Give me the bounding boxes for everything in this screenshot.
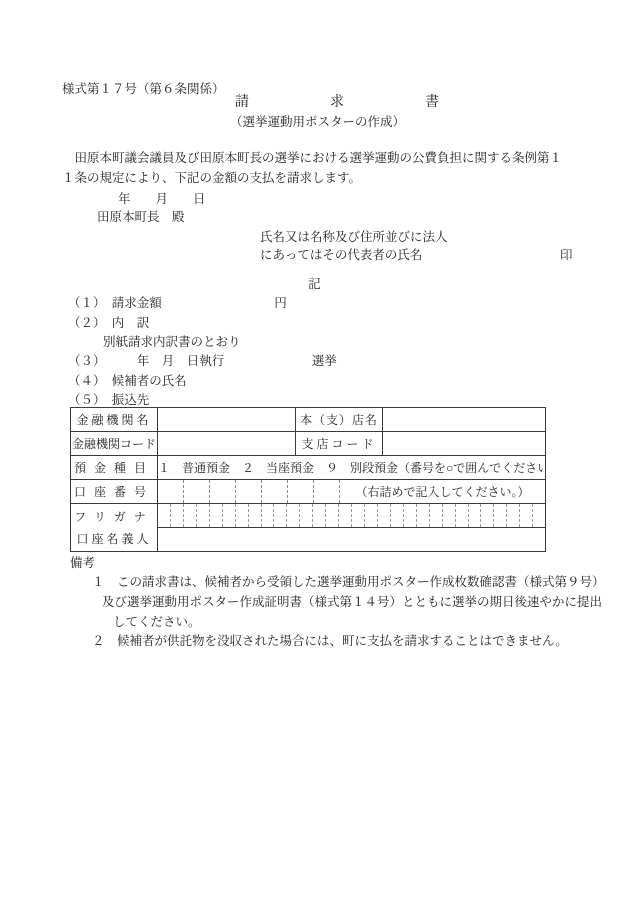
bank-transfer-table: 金融機関名 本（支）店名 金融機関コード 支店コード 預金種目 １ 普通預金 ２… <box>70 407 546 552</box>
furigana-cell <box>339 504 352 527</box>
furigana-cell <box>391 504 404 527</box>
account-digit-cell <box>288 480 314 503</box>
remarks-heading: 備考 <box>70 553 95 571</box>
furigana-cell <box>300 504 313 527</box>
furigana-cell <box>404 504 417 527</box>
furigana-cell <box>507 504 520 527</box>
furigana-cell <box>365 504 378 527</box>
item-breakdown-detail: 別紙請求内訳書のとおり <box>103 332 241 350</box>
account-number-label: 口座番号 <box>71 480 158 504</box>
account-holder-field <box>158 528 546 552</box>
furigana-cell <box>184 504 197 527</box>
furigana-cells <box>158 504 545 527</box>
furigana-cell <box>520 504 533 527</box>
deposit-type-options: １ 普通預金 ２ 当座預金 ９ 別段預金（番号を○で囲んでください。） <box>158 456 546 480</box>
applicant-label-line2: にあってはその代表者の氏名 <box>260 245 422 263</box>
furigana-cell <box>287 504 300 527</box>
table-row: 預金種目 １ 普通預金 ２ 当座預金 ９ 別段預金（番号を○で囲んでください。） <box>71 456 546 480</box>
financial-institution-label: 金融機関名 <box>71 408 158 432</box>
remark-1-line3: してください。 <box>113 612 201 630</box>
furigana-cell <box>469 504 482 527</box>
furigana-cell <box>210 504 223 527</box>
furigana-cell <box>417 504 430 527</box>
document-title: 請求書 <box>235 91 520 111</box>
furigana-cell <box>274 504 287 527</box>
date-blank-line: 年 月 日 <box>118 189 206 207</box>
account-holder-label: 口座名義人 <box>71 528 157 550</box>
furigana-cell <box>352 504 365 527</box>
account-digit-cell <box>262 480 288 503</box>
addressee-line: 田原本町長 殿 <box>97 207 185 225</box>
document-subtitle: （選挙運動用ポスターの作成） <box>230 112 405 130</box>
table-row: 口座番号 （右詰めで記入してください。） <box>71 480 546 504</box>
item-amount: （１） 請求金額 円 <box>68 293 287 311</box>
head-branch-field <box>383 408 546 432</box>
institution-code-field <box>158 432 296 456</box>
furigana-cell <box>430 504 443 527</box>
form-number: 様式第１７号（第６条関係） <box>62 79 225 97</box>
furigana-row <box>158 504 546 528</box>
furigana-holder-label: フリガナ 口座名義人 <box>71 504 158 552</box>
furigana-cell <box>158 504 171 527</box>
table-row: フリガナ 口座名義人 <box>71 504 546 528</box>
document-page: 様式第１７号（第６条関係） 請求書 （選挙運動用ポスターの作成） 田原本町議会議… <box>0 0 630 903</box>
remark-2: ２ 候補者が供託物を没収された場合には、町に支払を請求することはできません。 <box>92 631 568 649</box>
branch-code-field <box>383 432 546 456</box>
head-branch-label: 本（支）店名 <box>296 408 383 432</box>
furigana-cell <box>197 504 210 527</box>
account-number-row: （右詰めで記入してください。） <box>158 480 546 504</box>
financial-institution-field <box>158 408 296 432</box>
applicant-label-line1: 氏名又は名称及び住所並びに法人 <box>260 227 448 245</box>
furigana-cell <box>236 504 249 527</box>
furigana-cell <box>456 504 469 527</box>
furigana-label: フリガナ <box>71 506 157 528</box>
furigana-cell <box>249 504 262 527</box>
account-digit-cell <box>158 480 184 503</box>
seal-mark: 印 <box>560 245 573 263</box>
table-row: 金融機関コード 支店コード <box>71 432 546 456</box>
remark-1-line1: １ この請求書は、候補者から受領した選挙運動用ポスター作成枚数確認書（様式第９号… <box>92 572 605 590</box>
account-digit-cell <box>210 480 236 503</box>
account-digit-cell <box>184 480 210 503</box>
institution-code-label: 金融機関コード <box>71 432 158 456</box>
account-number-note: （右詰めで記入してください。） <box>340 480 545 503</box>
branch-code-label: 支店コード <box>296 432 383 456</box>
furigana-cell <box>326 504 339 527</box>
remark-1-line2: 及び選挙運動用ポスター作成証明書（様式第１４号）とともに選挙の期日後速やかに提出 <box>102 592 602 610</box>
item-candidate-name: （４） 候補者の氏名 <box>68 371 187 389</box>
furigana-cell <box>533 504 545 527</box>
furigana-cell <box>443 504 456 527</box>
table-row: 金融機関名 本（支）店名 <box>71 408 546 432</box>
furigana-cell <box>481 504 494 527</box>
account-digit-cell <box>314 480 340 503</box>
furigana-cell <box>494 504 507 527</box>
account-number-cells: （右詰めで記入してください。） <box>158 480 545 503</box>
item-transfer-destination: （５） 振込先 <box>68 390 149 408</box>
intro-paragraph: 田原本町議会議員及び田原本町長の選挙における選挙運動の公費負担に関する条例第１１… <box>62 148 574 188</box>
furigana-cell <box>223 504 236 527</box>
section-marker: 記 <box>0 274 630 292</box>
item-breakdown: （２） 内 訳 <box>68 313 149 331</box>
item-election-date: （３） 年 月 日執行 選挙 <box>68 351 337 369</box>
furigana-cell <box>262 504 275 527</box>
account-digit-cell <box>236 480 262 503</box>
furigana-cell <box>378 504 391 527</box>
furigana-cell <box>313 504 326 527</box>
furigana-cell <box>171 504 184 527</box>
deposit-type-label: 預金種目 <box>71 456 158 480</box>
